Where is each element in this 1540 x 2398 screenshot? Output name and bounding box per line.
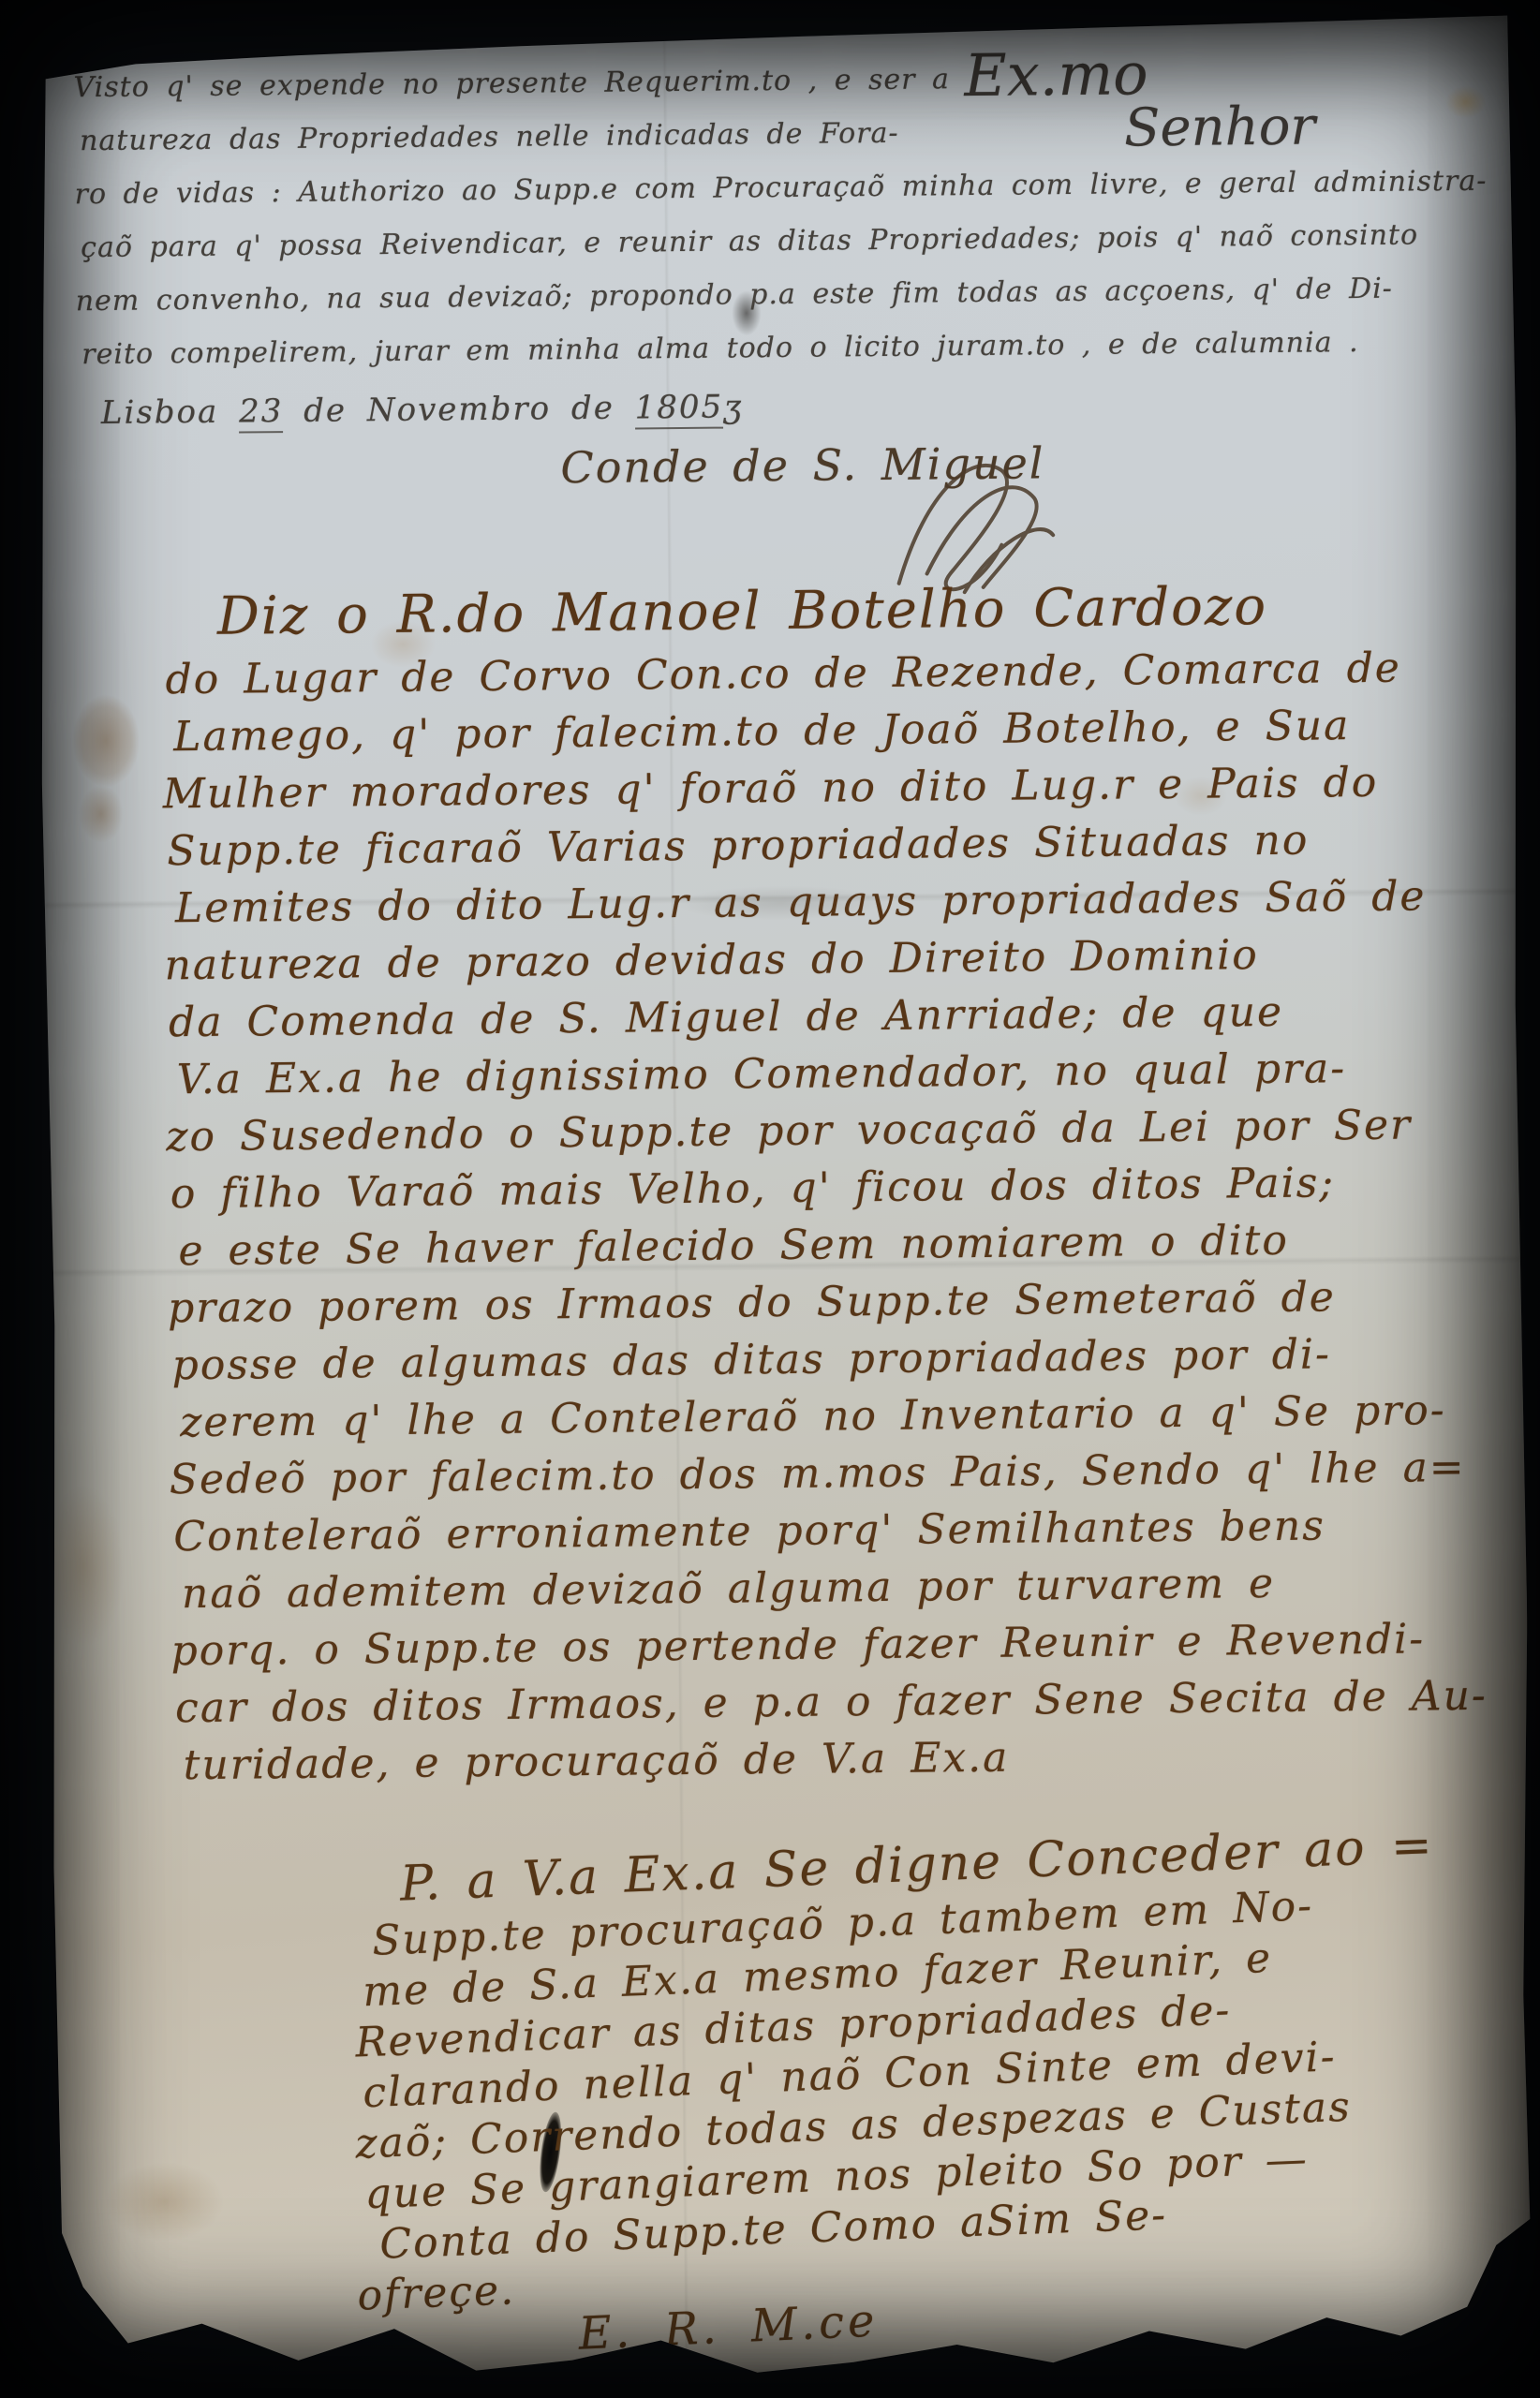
date-day: 23 <box>239 392 284 433</box>
date-year: 1805 <box>634 389 723 430</box>
date-flourish: ʒ <box>723 388 744 425</box>
petition-line: Diz o R.do Manoel Botelho Cardozo <box>217 576 1477 645</box>
request-paragraph: P. a V.a Ex.a Se digne Conceder ao = Sup… <box>345 1820 1450 2321</box>
date-line: Lisboa 23 de Novembro de 1805ʒ <box>101 388 744 432</box>
petition-line: turidade, e procuraçaõ de V.a Ex.a <box>183 1724 1488 1794</box>
photograph-background: Visto q' se expende no presente Requerim… <box>0 0 1540 2398</box>
manuscript-paper: Visto q' se expende no presente Requerim… <box>32 15 1534 2386</box>
petition-body: Diz o R.do Manoel Botelho Cardozo do Lug… <box>161 576 1488 1794</box>
addressee-heading: Ex.mo <box>964 39 1148 110</box>
addressee-heading: Senhor <box>1124 96 1316 158</box>
date-place: Lisboa <box>101 393 219 432</box>
date-middle: de Novembro de <box>304 390 615 430</box>
